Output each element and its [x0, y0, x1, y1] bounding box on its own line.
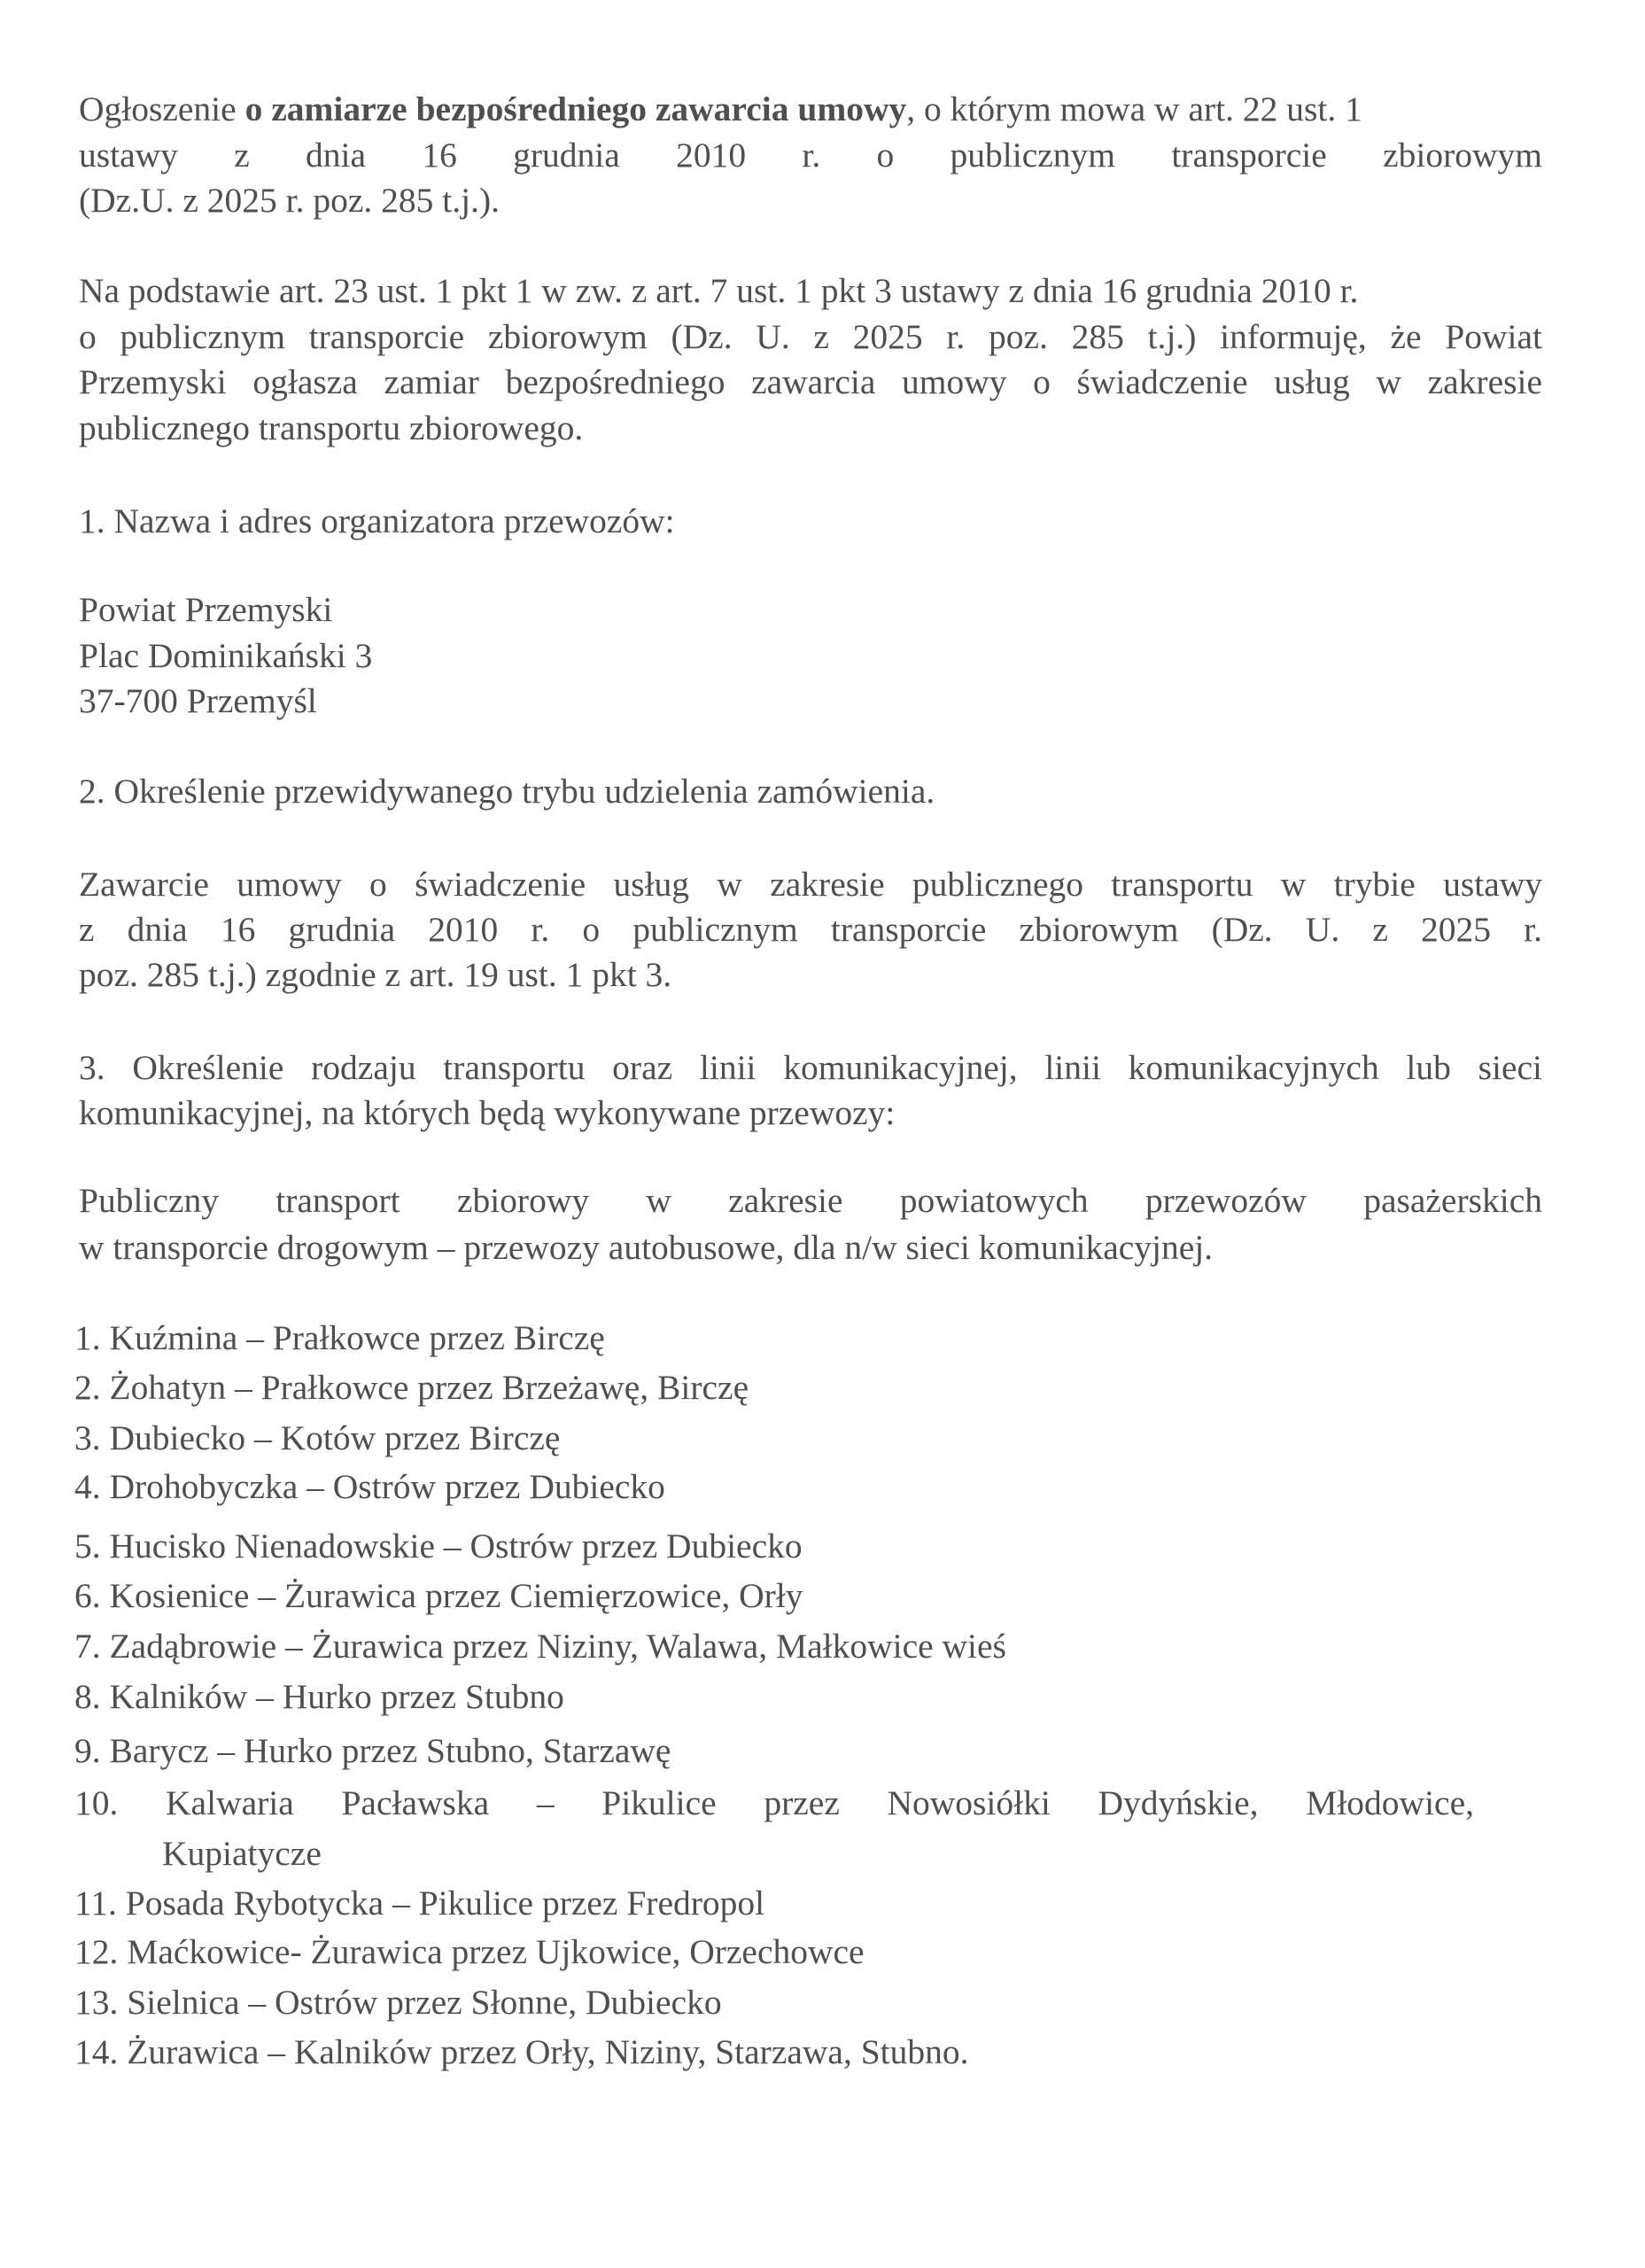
intro-line-3: (Dz.U. z 2025 r. poz. 285 t.j.).: [79, 177, 1542, 223]
section-2-heading: 2. Określenie przewidywanego trybu udzie…: [79, 768, 1542, 814]
section-1-heading: 1. Nazwa i adres organizatora przewozów:: [79, 498, 1542, 544]
route-item-13: 13. Sielnica – Ostrów przez Słonne, Dubi…: [74, 1977, 722, 2027]
route-item-4: 4. Drohobyczka – Ostrów przez Dubiecko: [74, 1462, 665, 1511]
organizer-name: Powiat Przemyski: [79, 586, 1542, 633]
section-3-description-line-1: Publiczny transport zbiorowy w zakresie …: [79, 1177, 1542, 1223]
route-item-6: 6. Kosienice – Żurawica przez Ciemięrzow…: [74, 1571, 803, 1620]
route-item-8: 8. Kalników – Hurko przez Stubno: [74, 1672, 564, 1721]
intro-line-1: Ogłoszenie o zamiarze bezpośredniego zaw…: [79, 86, 1542, 132]
organizer-city: 37-700 Przemyśl: [79, 678, 1542, 724]
section-2-line-2: z dnia 16 grudnia 2010 r. o publicznym t…: [79, 906, 1542, 952]
section-3-heading-line-1: 3. Określenie rodzaju transportu oraz li…: [79, 1045, 1542, 1091]
intro-bold-title: o zamiarze bezpośredniego zawarcia umowy: [245, 89, 907, 128]
route-item-14: 14. Żurawica – Kalników przez Orły, Nizi…: [74, 2027, 969, 2077]
route-item-5: 5. Hucisko Nienadowskie – Ostrów przez D…: [74, 1521, 803, 1571]
section-3-description-line-2: w transporcie drogowym – przewozy autobu…: [79, 1224, 1542, 1270]
route-item-10: 10. Kalwaria Pacławska – Pikulice przez …: [74, 1778, 1474, 1828]
section-2-line-3: poz. 285 t.j.) zgodnie z art. 19 ust. 1 …: [79, 951, 1542, 998]
section-3-heading-line-2: komunikacyjnej, na których będą wykonywa…: [79, 1090, 1542, 1136]
organizer-street: Plac Dominikański 3: [79, 633, 1542, 679]
route-item-2: 2. Żohatyn – Prałkowce przez Brzeżawę, B…: [74, 1363, 749, 1412]
intro-prefix: Ogłoszenie: [79, 89, 245, 128]
intro-suffix: , o którym mowa w art. 22 ust. 1: [906, 89, 1362, 128]
document-page: Ogłoszenie o zamiarze bezpośredniego zaw…: [0, 0, 1645, 2268]
route-item-10-continuation: Kupiatycze: [162, 1829, 322, 1878]
route-item-12: 12. Maćkowice- Żurawica przez Ujkowice, …: [74, 1927, 865, 1977]
route-item-1: 1. Kuźmina – Prałkowce przez Birczę: [74, 1313, 605, 1363]
route-item-11: 11. Posada Rybotycka – Pikulice przez Fr…: [74, 1878, 764, 1928]
intro-line-2: ustawy z dnia 16 grudnia 2010 r. o publi…: [79, 132, 1542, 178]
legal-basis-line-3: Przemyski ogłasza zamiar bezpośredniego …: [79, 359, 1542, 405]
legal-basis-line-4: publicznego transportu zbiorowego.: [79, 405, 1542, 451]
route-item-7: 7. Zadąbrowie – Żurawica przez Niziny, W…: [74, 1621, 1006, 1671]
section-2-line-1: Zawarcie umowy o świadczenie usług w zak…: [79, 861, 1542, 907]
route-item-3: 3. Dubiecko – Kotów przez Birczę: [74, 1413, 560, 1463]
route-item-9: 9. Barycz – Hurko przez Stubno, Starzawę: [74, 1726, 671, 1775]
legal-basis-line-1: Na podstawie art. 23 ust. 1 pkt 1 w zw. …: [79, 268, 1542, 314]
legal-basis-line-2: o publicznym transporcie zbiorowym (Dz. …: [79, 314, 1542, 360]
